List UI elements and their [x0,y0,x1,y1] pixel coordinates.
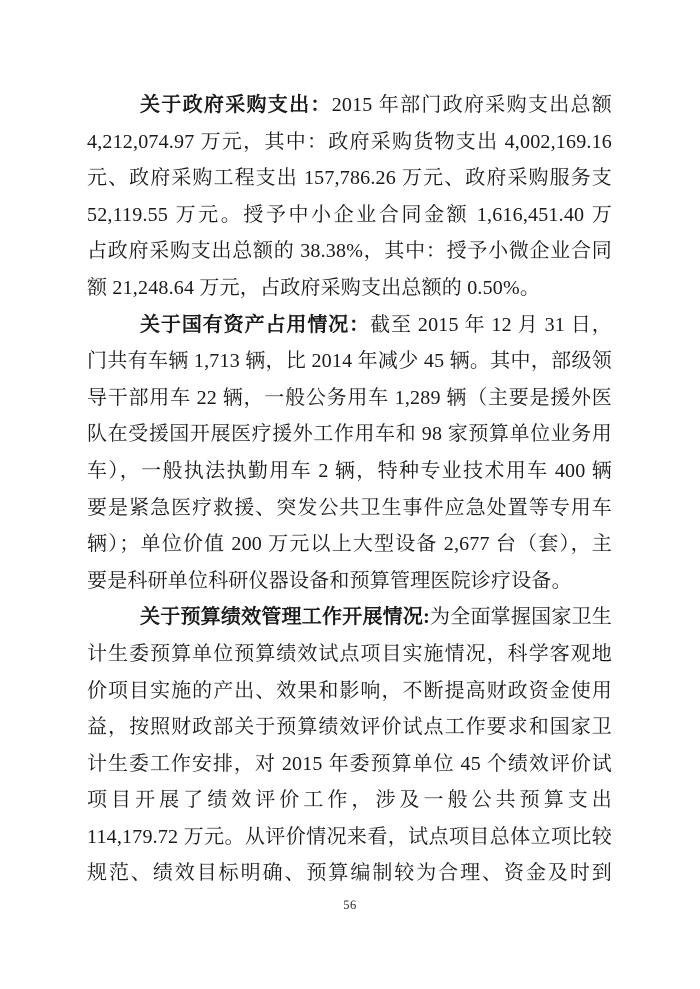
text-line: 计生委预算单位预算绩效试点项目实施情况，科学客观地评 [87,636,612,673]
text-line: 关于政府采购支出：2015 年部门政府采购支出总额 [87,87,612,124]
text-line: 额 21,248.64 万元，占政府采购支出总额的 0.50%。 [87,270,612,307]
paragraph-state-assets: 关于国有资产占用情况：截至 2015 年 12 月 31 日，部 门共有车辆 1… [87,307,612,600]
text-line: 关于预算绩效管理工作开展情况:为全面掌握国家卫生 [87,599,612,636]
document-body: 关于政府采购支出：2015 年部门政府采购支出总额 4,212,074.97 万… [87,87,612,892]
text-line: 导干部用车 22 辆，一般公务用车 1,289 辆（主要是援外医疗 [87,380,612,417]
paragraph-heading: 关于预算绩效管理工作开展情况: [140,606,430,628]
text-line: 114,179.72 万元。从评价情况来看，试点项目总体立项比较 [87,819,612,856]
text-line: 项目开展了绩效评价工作，涉及一般公共预算支出 [87,782,612,819]
paragraph-budget-performance: 关于预算绩效管理工作开展情况:为全面掌握国家卫生 计生委预算单位预算绩效试点项目… [87,599,612,892]
text-line: 计生委工作安排，对 2015 年委预算单位 45 个绩效评价试点 [87,746,612,783]
text-line: 要是科研单位科研仪器设备和预算管理医院诊疗设备。 [87,563,612,600]
paragraph-heading: 关于政府采购支出： [140,94,332,116]
paragraph-text: 为全面掌握国家卫生 [430,606,612,628]
text-line: 要是紧急医疗救援、突发公共卫生事件应急处置等专用车 [87,490,612,527]
text-line: 规范、绩效目标明确、预算编制较为合理、资金及时到位、 [87,855,612,892]
document-page: 关于政府采购支出：2015 年部门政府采购支出总额 4,212,074.97 万… [0,0,700,989]
text-line: 52,119.55 万元。授予中小企业合同金额 1,616,451.40 万元， [87,197,612,234]
paragraph-text: 2015 年部门政府采购支出总额 [332,94,612,116]
text-line: 门共有车辆 1,713 辆，比 2014 年减少 45 辆。其中，部级领 [87,343,612,380]
text-line: 占政府采购支出总额的 38.38%，其中：授予小微企业合同金 [87,233,612,270]
text-line: 关于国有资产占用情况：截至 2015 年 12 月 31 日，部 [87,307,612,344]
text-line: 价项目实施的产出、效果和影响，不断提高财政资金使用效 [87,673,612,710]
page-number: 56 [0,898,700,913]
text-line: 益，按照财政部关于预算绩效评价试点工作要求和国家卫生 [87,709,612,746]
paragraph-gov-procurement: 关于政府采购支出：2015 年部门政府采购支出总额 4,212,074.97 万… [87,87,612,307]
text-line: 辆）；单位价值 200 万元以上大型设备 2,677 台（套），主 [87,526,612,563]
text-line: 4,212,074.97 万元，其中：政府采购货物支出 4,002,169.16… [87,124,612,161]
text-line: 队在受援国开展医疗援外工作用车和 98 家预算单位业务用 [87,416,612,453]
text-line: 元、政府采购工程支出 157,786.26 万元、政府采购服务支出 [87,160,612,197]
text-line: 车），一般执法执勤用车 2 辆，特种专业技术用车 400 辆（主 [87,453,612,490]
paragraph-heading: 关于国有资产占用情况： [140,314,370,336]
